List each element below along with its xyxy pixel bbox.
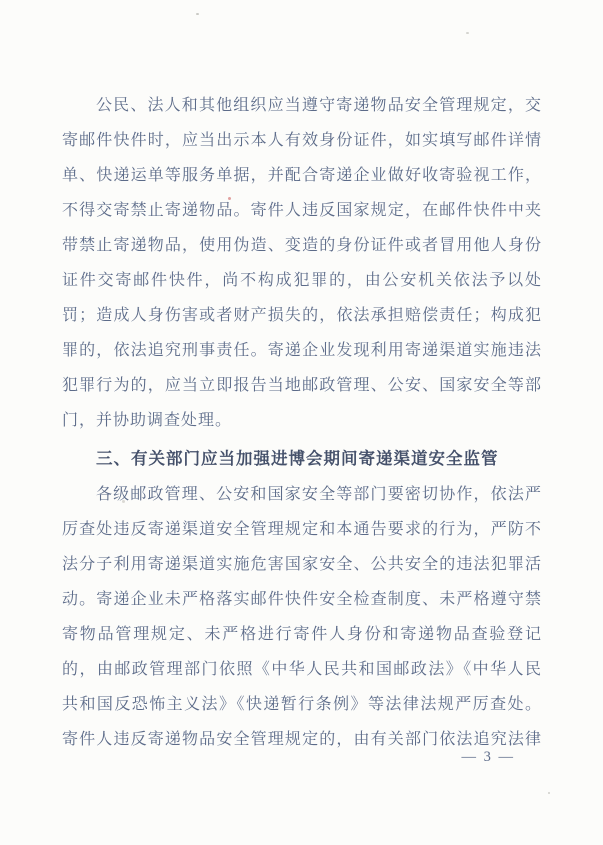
paragraph-2: 各级邮政管理、公安和国家安全等部门要密切协作，依法严厉查处违反寄递渠道安全管理规… xyxy=(62,477,542,757)
text-line: 的，由邮政管理部门依照《中华人民共和国邮政法》《中华人民 xyxy=(62,652,542,687)
scan-speck xyxy=(196,13,199,15)
document-page: 公民、法人和其他组织应当遵守寄递物品安全管理规定，交寄邮件快件时，应当出示本人有… xyxy=(0,0,603,845)
text-line: 门，并协助调查处理。 xyxy=(62,403,542,438)
text-line: 犯罪行为的，应当立即报告当地邮政管理、公安、国家安全等部 xyxy=(62,368,542,403)
section-heading-text: 三、有关部门应当加强进博会期间寄递渠道安全监管 xyxy=(96,450,499,468)
text-line: 动。寄递企业未严格落实邮件快件安全检查制度、未严格遵守禁 xyxy=(62,582,542,617)
section-heading: 三、有关部门应当加强进博会期间寄递渠道安全监管 xyxy=(62,442,542,477)
scan-speck xyxy=(548,792,550,794)
page-number: — 3 — xyxy=(0,749,515,766)
text-line: 带禁止寄递物品，使用伪造、变造的身份证件或者冒用他人身份 xyxy=(62,228,542,263)
text-line: 共和国反恐怖主义法》《快递暂行条例》等法律法规严厉查处。 xyxy=(62,687,542,722)
text-line: 单、快递运单等服务单据，并配合寄递企业做好收寄验视工作， xyxy=(62,158,542,193)
scan-speck xyxy=(228,197,231,200)
document-body: 公民、法人和其他组织应当遵守寄递物品安全管理规定，交寄邮件快件时，应当出示本人有… xyxy=(62,88,542,757)
scan-speck xyxy=(466,32,469,34)
text-line: 各级邮政管理、公安和国家安全等部门要密切协作，依法严 xyxy=(62,477,542,512)
scan-speck xyxy=(122,500,125,503)
text-line: 厉查处违反寄递渠道安全管理规定和本通告要求的行为，严防不 xyxy=(62,512,542,547)
text-line: 不得交寄禁止寄递物品。寄件人违反国家规定，在邮件快件中夹 xyxy=(62,193,542,228)
text-line: 罪的，依法追究刑事责任。寄递企业发现利用寄递渠道实施违法 xyxy=(62,333,542,368)
text-line: 证件交寄邮件快件，尚不构成犯罪的，由公安机关依法予以处 xyxy=(62,263,542,298)
text-line: 法分子利用寄递渠道实施危害国家安全、公共安全的违法犯罪活 xyxy=(62,547,542,582)
paragraph-1: 公民、法人和其他组织应当遵守寄递物品安全管理规定，交寄邮件快件时，应当出示本人有… xyxy=(62,88,542,438)
text-line: 寄邮件快件时，应当出示本人有效身份证件，如实填写邮件详情 xyxy=(62,123,542,158)
text-line: 罚；造成人身伤害或者财产损失的，依法承担赔偿责任；构成犯 xyxy=(62,298,542,333)
text-line: 公民、法人和其他组织应当遵守寄递物品安全管理规定，交 xyxy=(62,88,542,123)
text-line: 寄物品管理规定、未严格进行寄件人身份和寄递物品查验登记 xyxy=(62,617,542,652)
